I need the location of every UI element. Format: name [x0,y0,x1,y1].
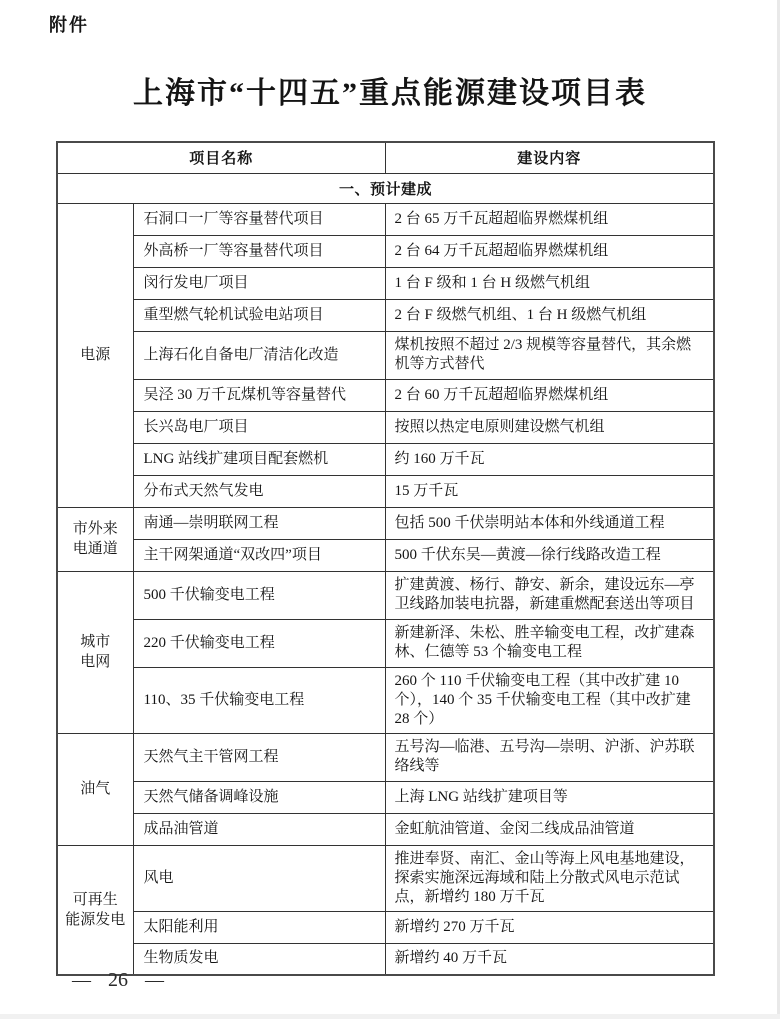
project-name-cell: 闵行发电厂项目 [133,267,385,299]
construction-content-cell: 2 台 65 万千瓦超超临界燃煤机组 [385,203,714,235]
page-number: 26 [108,969,128,992]
construction-content-cell: 约 160 万千瓦 [385,443,714,475]
table-row: 重型燃气轮机试验电站项目 2 台 F 级燃气机组、1 台 H 级燃气机组 [57,299,714,331]
page-footer: — 26 — [72,969,164,992]
section-header: 一、预计建成 [57,173,714,203]
construction-content-cell: 260 个 110 千伏输变电工程（其中改扩建 10 个），140 个 35 千… [385,667,714,733]
construction-content-cell: 1 台 F 级和 1 台 H 级燃气机组 [385,267,714,299]
table-row: 上海石化自备电厂清洁化改造 煤机按照不超过 2/3 规模等容量替代，其余燃机等方… [57,331,714,379]
category-cell-city-grid: 城市 电网 [57,571,133,733]
category-cell-power-source: 电源 [57,203,133,507]
construction-content-cell: 煤机按照不超过 2/3 规模等容量替代，其余燃机等方式替代 [385,331,714,379]
construction-content-cell: 包括 500 千伏崇明站本体和外线通道工程 [385,507,714,539]
construction-content-cell: 推进奉贤、南汇、金山等海上风电基地建设，探索实施深远海域和陆上分散式风电示范试点… [385,845,714,911]
table-row: 分布式天然气发电 15 万千瓦 [57,475,714,507]
footer-dash-right: — [145,970,164,992]
construction-content-cell: 金虹航油管道、金闵二线成品油管道 [385,813,714,845]
project-name-cell: 重型燃气轮机试验电站项目 [133,299,385,331]
category-cell-external-power-channel: 市外来 电通道 [57,507,133,571]
table-row: 主干网架通道“双改四”项目 500 千伏东吴—黄渡—徐行线路改造工程 [57,539,714,571]
table-row: 可再生 能源发电 风电 推进奉贤、南汇、金山等海上风电基地建设，探索实施深远海域… [57,845,714,911]
document-page: 附件 上海市“十四五”重点能源建设项目表 项目名称 建设内容 一、预计建成 电源… [0,0,780,1019]
attachment-label: 附件 [49,11,89,37]
table-row: 长兴岛电厂项目 按照以热定电原则建设燃气机组 [57,411,714,443]
page-title: 上海市“十四五”重点能源建设项目表 [0,68,780,112]
project-name-cell: LNG 站线扩建项目配套燃机 [133,443,385,475]
construction-content-cell: 按照以热定电原则建设燃气机组 [385,411,714,443]
project-name-cell: 石洞口一厂等容量替代项目 [133,203,385,235]
table-row: 外高桥一厂等容量替代项目 2 台 64 万千瓦超超临界燃煤机组 [57,235,714,267]
construction-content-cell: 扩建黄渡、杨行、静安、新余，建设远东—亭卫线路加装电抗器，新建重燃配套送出等项目 [385,571,714,619]
table-row: 电源 石洞口一厂等容量替代项目 2 台 65 万千瓦超超临界燃煤机组 [57,203,714,235]
project-name-cell: 南通—崇明联网工程 [133,507,385,539]
column-header-project-name: 项目名称 [57,142,385,173]
project-name-cell: 外高桥一厂等容量替代项目 [133,235,385,267]
table-row: 220 千伏输变电工程 新建新泽、朱松、胜辛输变电工程，改扩建森林、仁德等 53… [57,619,714,667]
construction-content-cell: 新增约 270 万千瓦 [385,911,714,943]
project-name-cell: 长兴岛电厂项目 [133,411,385,443]
construction-content-cell: 上海 LNG 站线扩建项目等 [385,781,714,813]
category-cell-renewable-energy: 可再生 能源发电 [57,845,133,975]
table-row: 闵行发电厂项目 1 台 F 级和 1 台 H 级燃气机组 [57,267,714,299]
project-name-cell: 主干网架通道“双改四”项目 [133,539,385,571]
project-name-cell: 上海石化自备电厂清洁化改造 [133,331,385,379]
construction-content-cell: 2 台 F 级燃气机组、1 台 H 级燃气机组 [385,299,714,331]
section-header-row: 一、预计建成 [57,173,714,203]
project-name-cell: 天然气储备调峰设施 [133,781,385,813]
category-cell-oil-gas: 油气 [57,733,133,845]
construction-content-cell: 新建新泽、朱松、胜辛输变电工程，改扩建森林、仁德等 53 个输变电工程 [385,619,714,667]
table-row: 市外来 电通道 南通—崇明联网工程 包括 500 千伏崇明站本体和外线通道工程 [57,507,714,539]
project-name-cell: 500 千伏输变电工程 [133,571,385,619]
table-header-row: 项目名称 建设内容 [57,142,714,173]
table-row: LNG 站线扩建项目配套燃机 约 160 万千瓦 [57,443,714,475]
table-row: 太阳能利用 新增约 270 万千瓦 [57,911,714,943]
project-name-cell: 风电 [133,845,385,911]
page-edge-bottom [0,1014,780,1019]
project-name-cell: 220 千伏输变电工程 [133,619,385,667]
column-header-construction-content: 建设内容 [385,142,714,173]
footer-dash-left: — [72,970,91,992]
construction-content-cell: 五号沟—临港、五号沟—崇明、沪浙、沪苏联络线等 [385,733,714,781]
table-row: 吴泾 30 万千瓦煤机等容量替代 2 台 60 万千瓦超超临界燃煤机组 [57,379,714,411]
table-row: 110、35 千伏输变电工程 260 个 110 千伏输变电工程（其中改扩建 1… [57,667,714,733]
table-row: 油气 天然气主干管网工程 五号沟—临港、五号沟—崇明、沪浙、沪苏联络线等 [57,733,714,781]
table-row: 城市 电网 500 千伏输变电工程 扩建黄渡、杨行、静安、新余，建设远东—亭卫线… [57,571,714,619]
table-row: 成品油管道 金虹航油管道、金闵二线成品油管道 [57,813,714,845]
project-name-cell: 分布式天然气发电 [133,475,385,507]
construction-content-cell: 2 台 60 万千瓦超超临界燃煤机组 [385,379,714,411]
project-name-cell: 110、35 千伏输变电工程 [133,667,385,733]
construction-content-cell: 2 台 64 万千瓦超超临界燃煤机组 [385,235,714,267]
construction-content-cell: 500 千伏东吴—黄渡—徐行线路改造工程 [385,539,714,571]
project-name-cell: 生物质发电 [133,943,385,975]
project-name-cell: 吴泾 30 万千瓦煤机等容量替代 [133,379,385,411]
projects-table: 项目名称 建设内容 一、预计建成 电源 石洞口一厂等容量替代项目 2 台 65 … [56,141,715,976]
table-row: 天然气储备调峰设施 上海 LNG 站线扩建项目等 [57,781,714,813]
construction-content-cell: 新增约 40 万千瓦 [385,943,714,975]
project-name-cell: 太阳能利用 [133,911,385,943]
project-name-cell: 成品油管道 [133,813,385,845]
project-name-cell: 天然气主干管网工程 [133,733,385,781]
construction-content-cell: 15 万千瓦 [385,475,714,507]
